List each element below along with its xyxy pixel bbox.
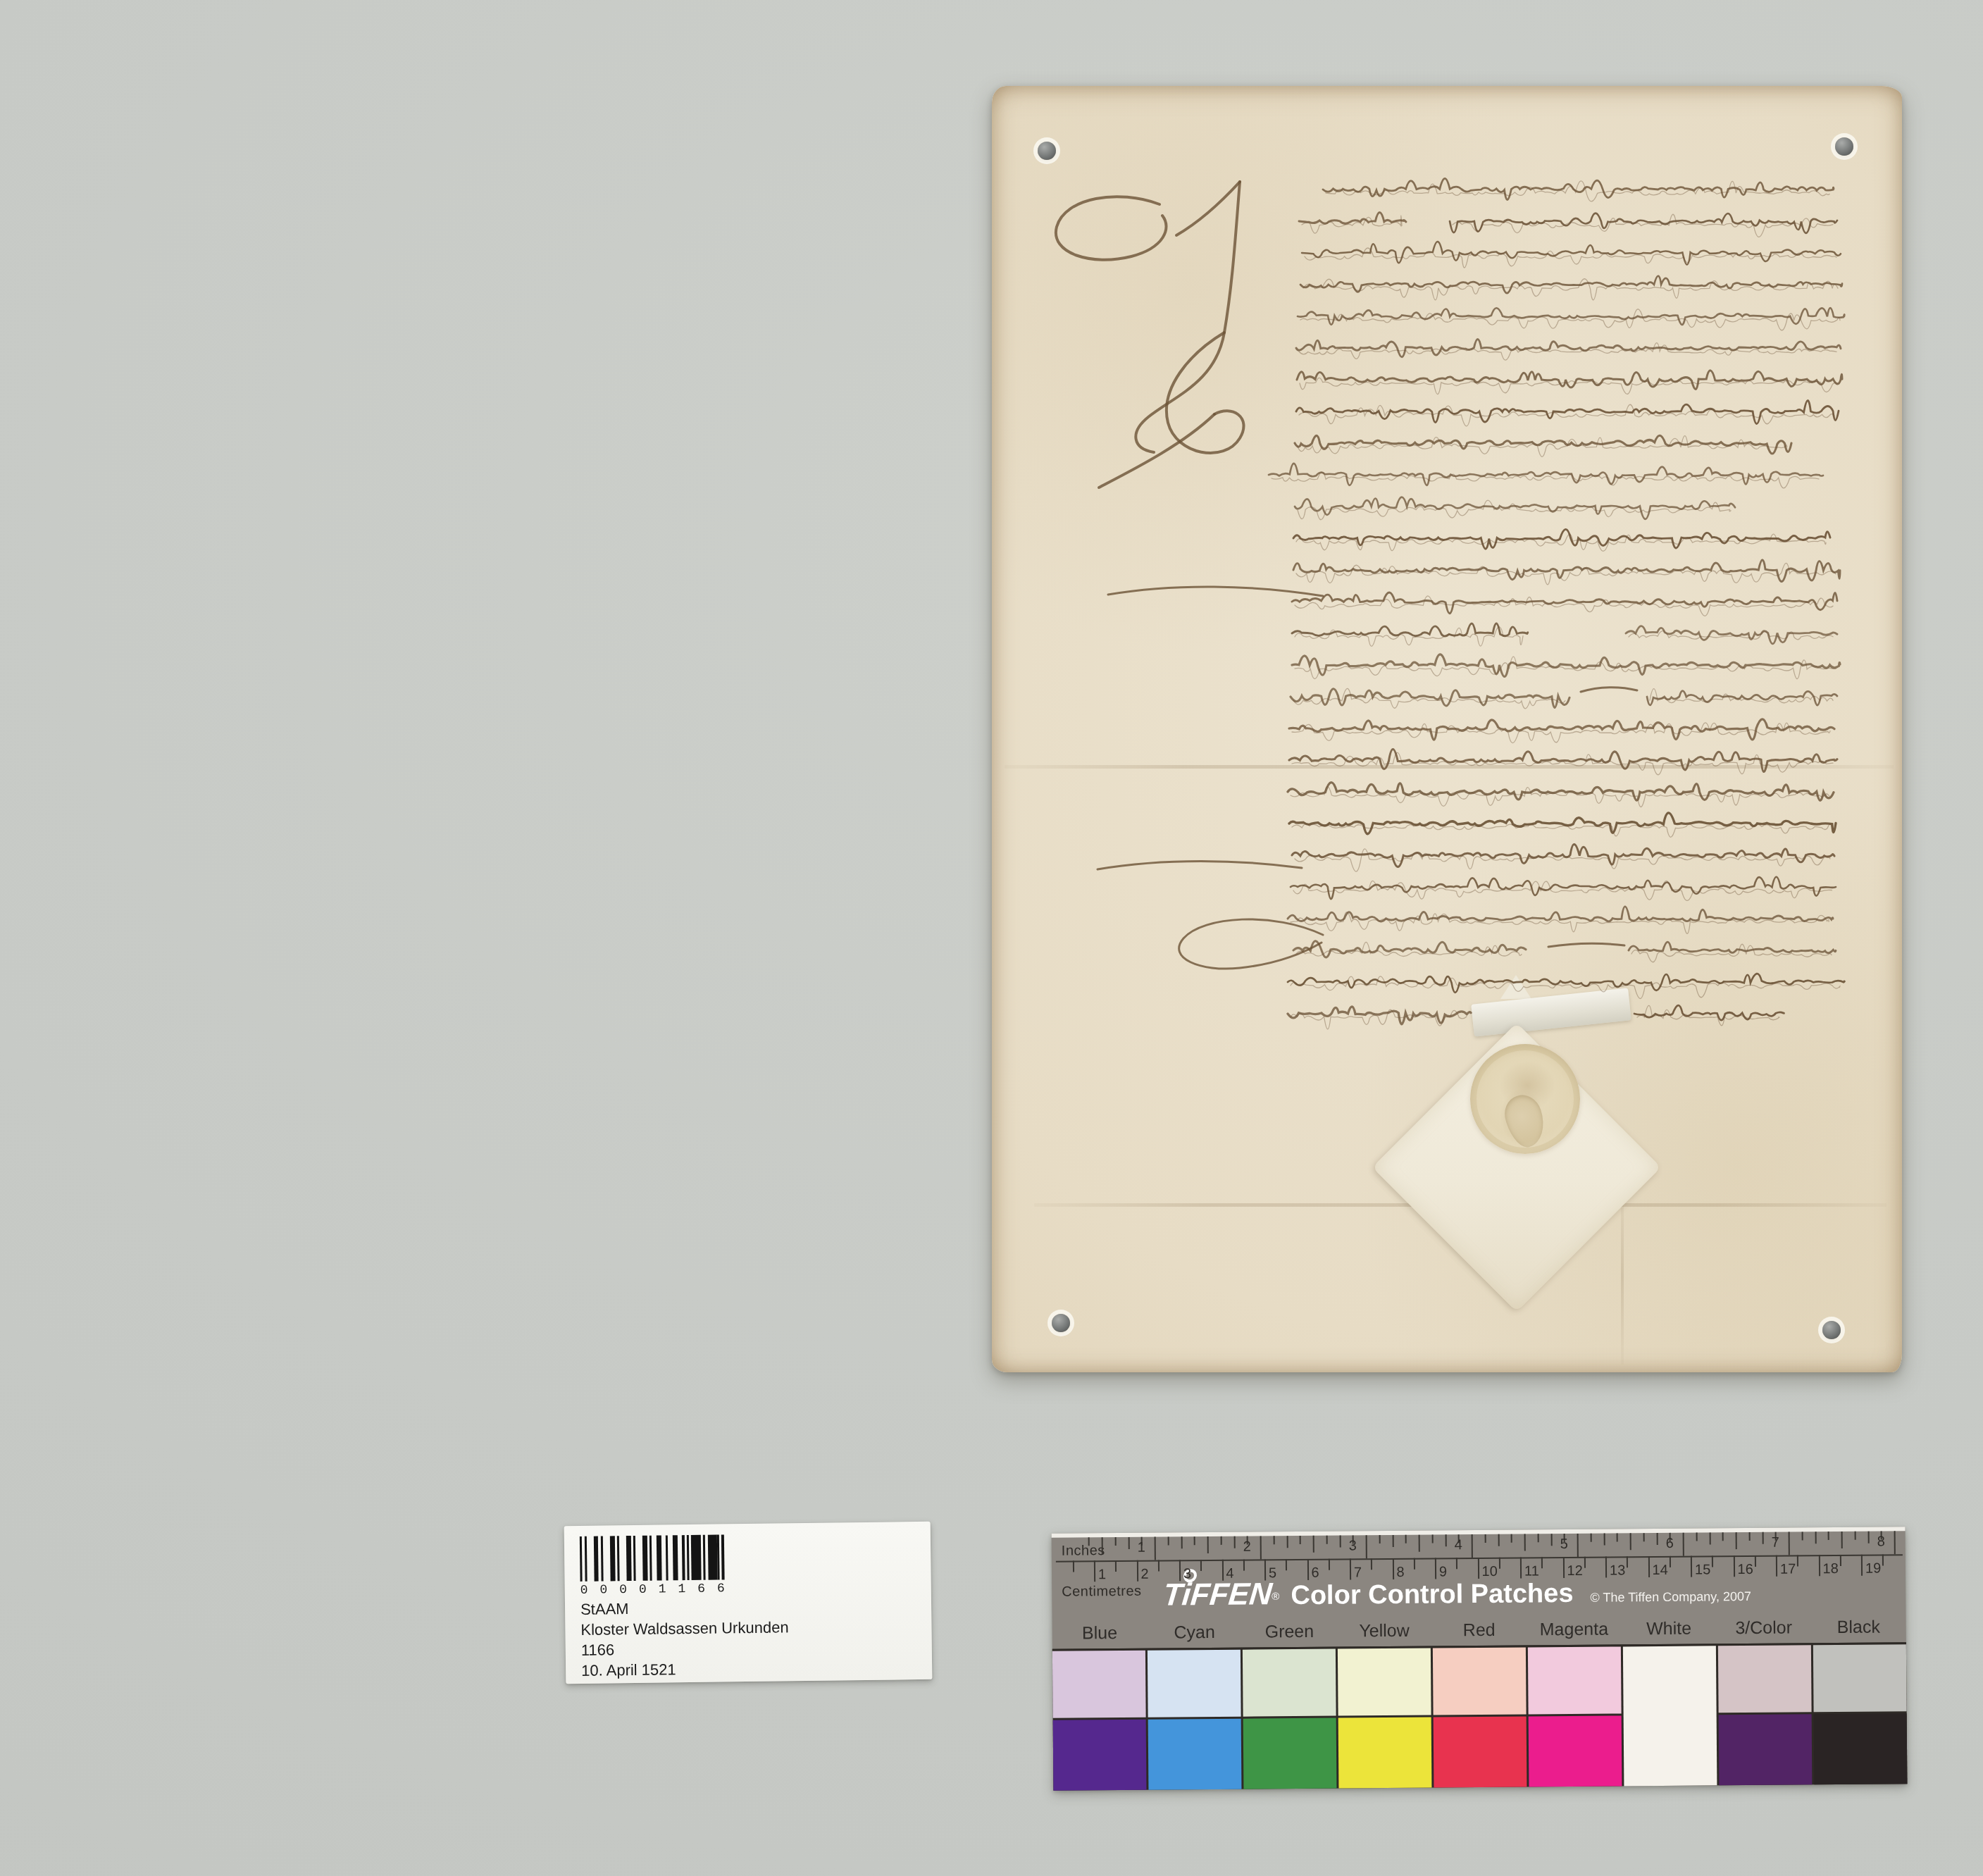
fastening-pin bbox=[1038, 142, 1056, 160]
inch-tick bbox=[1102, 1537, 1103, 1554]
patch-name: Blue bbox=[1052, 1623, 1148, 1644]
inch-number: 3 bbox=[1349, 1538, 1357, 1554]
patch-name: Yellow bbox=[1337, 1621, 1432, 1642]
handwriting-svg bbox=[992, 86, 1902, 1372]
cm-tick bbox=[1307, 1559, 1308, 1580]
card-copyright: © The Tiffen Company, 2007 bbox=[1590, 1589, 1751, 1605]
barcode-bar bbox=[707, 1535, 717, 1580]
manuscript-document bbox=[992, 86, 1902, 1372]
patch-column bbox=[1528, 1646, 1622, 1787]
patch-saturated bbox=[1338, 1717, 1432, 1789]
patch-saturated bbox=[1814, 1713, 1908, 1784]
handwriting-line bbox=[1292, 592, 1837, 614]
cm-tick bbox=[1243, 1560, 1245, 1571]
inch-tick bbox=[1815, 1532, 1816, 1543]
handwriting-line bbox=[1302, 242, 1841, 265]
cm-tick bbox=[1329, 1559, 1330, 1570]
cm-tick bbox=[1818, 1555, 1820, 1576]
cm-tick bbox=[1755, 1555, 1756, 1567]
cm-tick bbox=[1562, 1557, 1564, 1578]
patch-name: Cyan bbox=[1147, 1622, 1242, 1644]
registered-mark: ® bbox=[1272, 1591, 1279, 1603]
inch-tick bbox=[1854, 1532, 1855, 1540]
barcode-digit: 6 bbox=[697, 1582, 705, 1596]
inch-tick bbox=[1379, 1535, 1380, 1543]
patch-column bbox=[1338, 1648, 1432, 1789]
inch-tick bbox=[1828, 1532, 1829, 1540]
cm-number: 15 bbox=[1695, 1562, 1710, 1578]
handwriting-line bbox=[1300, 276, 1842, 293]
handwriting-line bbox=[1626, 626, 1837, 644]
inch-tick bbox=[1088, 1537, 1090, 1546]
cm-number: 2 bbox=[1140, 1567, 1148, 1583]
inch-number: 2 bbox=[1243, 1539, 1251, 1555]
cm-number: 17 bbox=[1780, 1561, 1796, 1577]
cm-tick bbox=[1797, 1555, 1798, 1566]
calligraphic-flourish bbox=[1179, 919, 1323, 969]
handwriting-line-echo bbox=[1302, 216, 1402, 233]
card-title: Color Control Patches bbox=[1291, 1579, 1573, 1610]
inch-tick bbox=[1431, 1535, 1433, 1543]
handwriting-line bbox=[1288, 783, 1834, 801]
handwriting-line bbox=[1296, 339, 1841, 356]
cm-number: 18 bbox=[1822, 1561, 1838, 1577]
inch-tick bbox=[1894, 1531, 1896, 1554]
cm-tick bbox=[1733, 1555, 1734, 1577]
inches-scale-label: Inches bbox=[1062, 1543, 1105, 1559]
cm-number: 12 bbox=[1567, 1563, 1582, 1579]
cm-tick bbox=[1776, 1555, 1777, 1577]
handwriting-line bbox=[1299, 213, 1406, 224]
cm-tick bbox=[1861, 1555, 1863, 1576]
patch-name: Black bbox=[1811, 1617, 1906, 1638]
inch-tick bbox=[1511, 1534, 1512, 1543]
patch-name: 3/Color bbox=[1716, 1617, 1811, 1639]
handwriting-line bbox=[1293, 529, 1830, 549]
card-title-row: TiFFEN®Color Control Patches© The Tiffen… bbox=[1163, 1573, 1751, 1613]
inch-tick bbox=[1617, 1533, 1618, 1541]
calligraphic-flourish bbox=[1176, 182, 1240, 235]
label-line-archive: StAAM bbox=[580, 1596, 788, 1620]
cm-number: 13 bbox=[1610, 1563, 1625, 1579]
patch-column bbox=[1052, 1651, 1147, 1791]
inch-tick bbox=[1577, 1534, 1579, 1557]
patch-name: Magenta bbox=[1527, 1619, 1622, 1640]
cm-tick bbox=[1286, 1559, 1287, 1570]
barcode-digit: 0 bbox=[580, 1584, 588, 1598]
cm-tick bbox=[1499, 1558, 1500, 1569]
inch-tick bbox=[1260, 1536, 1262, 1559]
handwriting-line bbox=[1295, 435, 1791, 454]
cm-tick bbox=[1136, 1560, 1138, 1582]
patch-column bbox=[1433, 1647, 1527, 1787]
inch-tick bbox=[1524, 1534, 1526, 1551]
patch-grid bbox=[1052, 1642, 1908, 1791]
handwriting-line-echo bbox=[1298, 436, 1787, 457]
inch-tick bbox=[1643, 1533, 1644, 1541]
inch-tick bbox=[1709, 1532, 1710, 1544]
cm-tick bbox=[1158, 1560, 1160, 1572]
handwriting-line bbox=[1297, 371, 1842, 390]
barcode-bar bbox=[691, 1535, 701, 1580]
calligraphic-flourish bbox=[1167, 333, 1244, 453]
patch-column bbox=[1243, 1649, 1337, 1789]
inch-tick bbox=[1273, 1536, 1274, 1544]
calligraphic-flourish bbox=[1098, 862, 1302, 870]
inch-tick bbox=[1590, 1534, 1591, 1542]
inch-tick bbox=[1683, 1533, 1684, 1556]
cm-tick bbox=[1221, 1560, 1223, 1581]
handwriting-line bbox=[1629, 942, 1836, 953]
handwriting-line-echo bbox=[1291, 786, 1829, 807]
patch-full bbox=[1623, 1646, 1717, 1786]
patch-column bbox=[1813, 1644, 1908, 1784]
handwriting-line-echo bbox=[1295, 596, 1833, 616]
calligraphic-flourish bbox=[1548, 943, 1624, 947]
label-line-collection: Kloster Waldsassen Urkunden bbox=[580, 1617, 788, 1640]
cm-number: 3 bbox=[1183, 1566, 1191, 1582]
cm-number: 5 bbox=[1269, 1565, 1276, 1582]
inch-tick bbox=[1630, 1533, 1631, 1550]
handwriting-line bbox=[1269, 464, 1823, 485]
inch-tick bbox=[1366, 1535, 1367, 1558]
barcode-digit: 1 bbox=[678, 1582, 685, 1596]
inch-number: 6 bbox=[1666, 1536, 1674, 1552]
handwriting-line bbox=[1298, 308, 1844, 325]
patch-pastel bbox=[1433, 1647, 1527, 1715]
handwriting-line bbox=[1292, 654, 1840, 677]
handwriting-line bbox=[1291, 689, 1569, 708]
calligraphic-flourish bbox=[1056, 197, 1167, 260]
cm-tick bbox=[1520, 1558, 1522, 1579]
inch-tick bbox=[1841, 1532, 1843, 1548]
inch-tick bbox=[1207, 1536, 1209, 1553]
cm-tick bbox=[1541, 1557, 1543, 1568]
inch-number: 5 bbox=[1560, 1536, 1568, 1553]
handwriting-line-echo bbox=[1295, 849, 1830, 871]
calligraphic-flourish bbox=[1108, 587, 1323, 596]
cm-tick bbox=[1627, 1556, 1628, 1567]
inch-tick bbox=[1736, 1532, 1737, 1549]
inch-tick bbox=[1550, 1534, 1552, 1546]
barcode-bar bbox=[721, 1534, 724, 1579]
handwriting-line-echo bbox=[1293, 688, 1565, 708]
cm-tick bbox=[1392, 1558, 1393, 1579]
inch-tick bbox=[1167, 1536, 1169, 1545]
inch-tick bbox=[1405, 1535, 1407, 1543]
cm-tick bbox=[1350, 1558, 1351, 1579]
cm-tick bbox=[1435, 1558, 1436, 1579]
cm-tick bbox=[1712, 1555, 1713, 1567]
archive-label-text: StAAM Kloster Waldsassen Urkunden 1166 1… bbox=[580, 1596, 790, 1681]
patch-pastel bbox=[1338, 1648, 1431, 1716]
inch-tick bbox=[1656, 1533, 1658, 1545]
color-reference-card: Inches Centimetres TiFFEN®Color Control … bbox=[1052, 1527, 1908, 1791]
cm-tick bbox=[1179, 1560, 1181, 1581]
cm-number: 19 bbox=[1865, 1561, 1881, 1577]
patch-saturated bbox=[1053, 1720, 1147, 1791]
cm-tick bbox=[1882, 1554, 1884, 1565]
patch-pastel bbox=[1148, 1650, 1241, 1717]
patch-column bbox=[1718, 1645, 1813, 1785]
barcode-digits: 00001166 bbox=[580, 1582, 725, 1598]
inch-number: 4 bbox=[1455, 1537, 1462, 1553]
barcode-digit: 0 bbox=[619, 1583, 627, 1597]
fastening-pin bbox=[1052, 1314, 1070, 1332]
inch-tick bbox=[1603, 1534, 1605, 1546]
patch-name: Green bbox=[1242, 1622, 1337, 1643]
cm-tick bbox=[1477, 1558, 1479, 1579]
cm-tick bbox=[1584, 1557, 1586, 1568]
cm-tick bbox=[1691, 1556, 1692, 1577]
handwriting-line bbox=[1292, 623, 1528, 636]
handwriting-line bbox=[1296, 401, 1839, 424]
label-line-number: 1166 bbox=[581, 1637, 789, 1660]
handwriting-line bbox=[1289, 750, 1837, 772]
barcode-digit: 0 bbox=[599, 1583, 607, 1597]
cm-tick bbox=[1670, 1556, 1671, 1567]
handwriting-line bbox=[1288, 974, 1844, 993]
cm-number: 14 bbox=[1652, 1563, 1667, 1579]
inch-number: 8 bbox=[1877, 1534, 1885, 1550]
patch-saturated bbox=[1529, 1715, 1622, 1787]
centimetres-scale-label: Centimetres bbox=[1062, 1584, 1141, 1601]
inch-tick bbox=[1326, 1536, 1327, 1544]
handwriting-line-echo bbox=[1305, 248, 1836, 268]
patch-name: Red bbox=[1431, 1620, 1527, 1641]
inch-tick bbox=[1128, 1537, 1129, 1549]
cm-number: 10 bbox=[1481, 1564, 1497, 1580]
cm-tick bbox=[1073, 1561, 1074, 1572]
inch-tick bbox=[1181, 1536, 1182, 1548]
patch-column bbox=[1148, 1650, 1242, 1790]
inch-tick bbox=[1114, 1537, 1116, 1546]
cm-number: 7 bbox=[1354, 1565, 1362, 1581]
barcode-digit: 1 bbox=[659, 1582, 666, 1596]
barcode-digit: 6 bbox=[717, 1582, 725, 1596]
cm-tick bbox=[1648, 1556, 1649, 1577]
cm-tick bbox=[1200, 1560, 1202, 1571]
handwriting-line bbox=[1293, 941, 1526, 957]
handwriting-line-echo bbox=[1292, 752, 1833, 775]
inch-tick bbox=[1286, 1536, 1288, 1548]
inch-tick bbox=[1472, 1534, 1473, 1558]
handwriting-line-echo bbox=[1299, 343, 1836, 360]
patch-saturated bbox=[1243, 1718, 1337, 1789]
patch-pastel bbox=[1718, 1645, 1812, 1713]
handwriting-line bbox=[1323, 178, 1834, 199]
inch-tick bbox=[1748, 1532, 1750, 1541]
cm-number: 4 bbox=[1226, 1566, 1233, 1582]
inch-tick bbox=[1392, 1535, 1393, 1547]
patch-pastel bbox=[1813, 1644, 1907, 1712]
photo-backdrop: 00001166 StAAM Kloster Waldsassen Urkund… bbox=[0, 0, 1983, 1876]
handwriting-line bbox=[1292, 844, 1834, 866]
inch-tick bbox=[1155, 1537, 1156, 1560]
inch-tick bbox=[1498, 1534, 1499, 1546]
inch-tick bbox=[1313, 1536, 1314, 1553]
inch-tick bbox=[1722, 1532, 1724, 1541]
inch-tick bbox=[1789, 1532, 1790, 1555]
fastening-pin bbox=[1835, 137, 1853, 156]
cm-tick bbox=[1456, 1558, 1457, 1569]
patch-column bbox=[1623, 1646, 1717, 1786]
inch-tick bbox=[1762, 1532, 1763, 1544]
handwriting-line-echo bbox=[1295, 627, 1523, 647]
inch-tick bbox=[1801, 1532, 1803, 1540]
handwriting-line bbox=[1289, 813, 1836, 834]
cm-number: 11 bbox=[1524, 1563, 1539, 1579]
handwriting-line-echo bbox=[1637, 1005, 1779, 1026]
barcode-digit: 0 bbox=[639, 1583, 647, 1597]
inch-tick bbox=[1419, 1535, 1420, 1552]
inch-tick bbox=[1233, 1536, 1235, 1548]
handwriting-line-echo bbox=[1293, 881, 1832, 900]
cm-number: 9 bbox=[1439, 1564, 1447, 1580]
cm-tick bbox=[1115, 1560, 1117, 1572]
cm-tick bbox=[1094, 1560, 1095, 1582]
inch-tick bbox=[1220, 1536, 1221, 1545]
inch-tick bbox=[1300, 1536, 1301, 1544]
inch-tick bbox=[1867, 1532, 1869, 1543]
calligraphic-flourish bbox=[1581, 688, 1637, 692]
inch-number: 1 bbox=[1138, 1540, 1145, 1556]
barcode bbox=[580, 1534, 725, 1581]
inch-tick bbox=[1696, 1533, 1697, 1541]
inch-tick bbox=[1445, 1534, 1446, 1546]
cm-number: 6 bbox=[1311, 1565, 1319, 1582]
handwriting-line bbox=[1295, 497, 1735, 519]
patch-saturated bbox=[1148, 1719, 1242, 1790]
cm-number: 8 bbox=[1396, 1565, 1404, 1581]
handwriting-line bbox=[1450, 213, 1837, 233]
patch-pastel bbox=[1243, 1649, 1336, 1717]
cm-number: 16 bbox=[1737, 1562, 1753, 1578]
cm-number: 1 bbox=[1098, 1567, 1106, 1583]
handwriting-line-echo bbox=[1296, 563, 1836, 585]
cm-tick bbox=[1414, 1558, 1415, 1570]
cm-tick bbox=[1605, 1557, 1607, 1578]
patch-name-row: BlueCyanGreenYellowRedMagentaWhite3/Colo… bbox=[1052, 1617, 1906, 1644]
patch-pastel bbox=[1052, 1651, 1146, 1718]
handwriting-line-echo bbox=[1295, 657, 1836, 679]
handwriting-line-echo bbox=[1453, 214, 1833, 237]
patch-saturated bbox=[1434, 1716, 1527, 1787]
inch-tick bbox=[1484, 1534, 1486, 1543]
archive-label: 00001166 StAAM Kloster Waldsassen Urkund… bbox=[564, 1522, 933, 1684]
inch-tick bbox=[1537, 1534, 1538, 1542]
label-line-date: 10. April 1521 bbox=[581, 1658, 789, 1681]
cm-tick bbox=[1264, 1559, 1266, 1580]
patch-pastel bbox=[1528, 1646, 1622, 1714]
cm-tick bbox=[1371, 1558, 1372, 1570]
inch-number: 7 bbox=[1772, 1535, 1779, 1551]
handwriting-line-echo bbox=[1300, 309, 1840, 330]
patch-saturated bbox=[1719, 1714, 1813, 1785]
inch-tick bbox=[1194, 1536, 1195, 1545]
patch-name: White bbox=[1622, 1618, 1717, 1639]
inch-tick bbox=[1339, 1536, 1341, 1548]
handwriting-line-echo bbox=[1298, 500, 1731, 520]
color-card-face: Inches Centimetres TiFFEN®Color Control … bbox=[1052, 1531, 1908, 1791]
handwriting-line bbox=[1288, 1007, 1471, 1024]
cm-tick bbox=[1840, 1555, 1841, 1566]
tiffen-logo: TiFFEN bbox=[1162, 1577, 1274, 1613]
handwriting-line-echo bbox=[1291, 1010, 1467, 1029]
handwriting-line bbox=[1291, 877, 1836, 899]
fastening-pin bbox=[1822, 1321, 1841, 1339]
